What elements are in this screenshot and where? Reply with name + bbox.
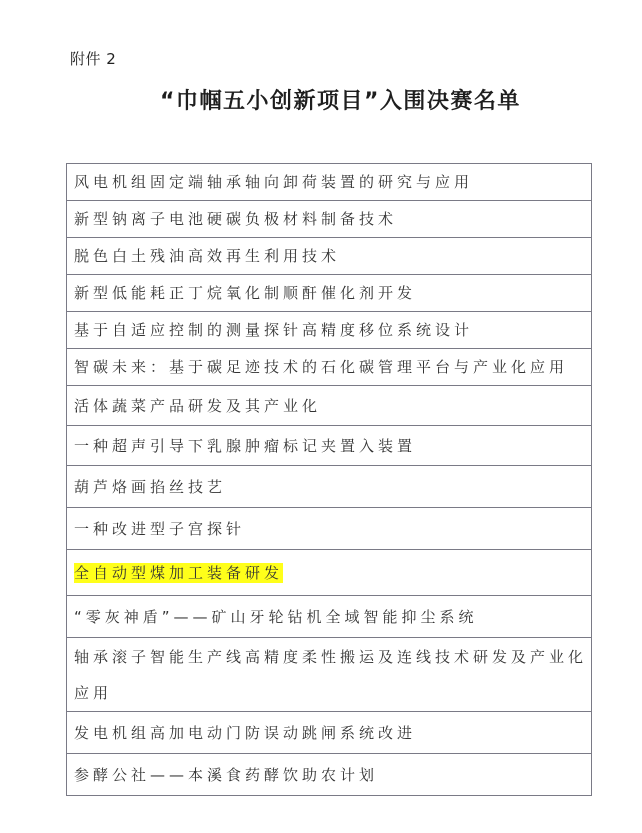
project-name-cell: “零灰神盾”——矿山牙轮钻机全域智能抑尘系统 [67, 596, 592, 638]
table-row: 风电机组固定端轴承轴向卸荷装置的研究与应用 [67, 164, 592, 201]
project-name-cell: 发电机组高加电动门防误动跳闸系统改进 [67, 712, 592, 754]
attachment-label: 附件 2 [70, 48, 116, 69]
project-name-cell: 活体蔬菜产品研发及其产业化 [67, 386, 592, 426]
table-row: 一种超声引导下乳腺肿瘤标记夹置入装置 [67, 426, 592, 466]
project-name-cell: 基于自适应控制的测量探针高精度移位系统设计 [67, 312, 592, 349]
table-row: 脱色白土残油高效再生利用技术 [67, 238, 592, 275]
project-name-cell: 脱色白土残油高效再生利用技术 [67, 238, 592, 275]
project-name-cell: 新型低能耗正丁烷氧化制顺酐催化剂开发 [67, 275, 592, 312]
project-name-cell: 参酵公社——本溪食药酵饮助农计划 [67, 754, 592, 796]
project-name-cell: 葫芦烙画掐丝技艺 [67, 466, 592, 508]
project-name-cell: 轴承滚子智能生产线高精度柔性搬运及连线技术研发及产业化应用 [67, 638, 592, 712]
table-row: 葫芦烙画掐丝技艺 [67, 466, 592, 508]
project-name-cell: 一种改进型子宫探针 [67, 508, 592, 550]
project-name-cell: 全自动型煤加工装备研发 [67, 550, 592, 596]
project-name-cell: 一种超声引导下乳腺肿瘤标记夹置入装置 [67, 426, 592, 466]
project-name-cell: 智碳未来：基于碳足迹技术的石化碳管理平台与产业化应用 [67, 349, 592, 386]
document-title: “巾帼五小创新项目”入围决赛名单 [160, 84, 521, 115]
table-row: 一种改进型子宫探针 [67, 508, 592, 550]
table-row: 智碳未来：基于碳足迹技术的石化碳管理平台与产业化应用 [67, 349, 592, 386]
table-row-highlighted: 全自动型煤加工装备研发 [67, 550, 592, 596]
project-name-cell: 风电机组固定端轴承轴向卸荷装置的研究与应用 [67, 164, 592, 201]
table-row: 参酵公社——本溪食药酵饮助农计划 [67, 754, 592, 796]
table-row: 新型钠离子电池硬碳负极材料制备技术 [67, 201, 592, 238]
table-row: “零灰神盾”——矿山牙轮钻机全域智能抑尘系统 [67, 596, 592, 638]
finalist-project-table: 风电机组固定端轴承轴向卸荷装置的研究与应用 新型钠离子电池硬碳负极材料制备技术 … [66, 163, 592, 796]
project-name-cell: 新型钠离子电池硬碳负极材料制备技术 [67, 201, 592, 238]
table-row: 发电机组高加电动门防误动跳闸系统改进 [67, 712, 592, 754]
table-row: 基于自适应控制的测量探针高精度移位系统设计 [67, 312, 592, 349]
table-row: 新型低能耗正丁烷氧化制顺酐催化剂开发 [67, 275, 592, 312]
table-row: 活体蔬菜产品研发及其产业化 [67, 386, 592, 426]
highlighted-project-name: 全自动型煤加工装备研发 [74, 563, 283, 583]
table-row: 轴承滚子智能生产线高精度柔性搬运及连线技术研发及产业化应用 [67, 638, 592, 712]
